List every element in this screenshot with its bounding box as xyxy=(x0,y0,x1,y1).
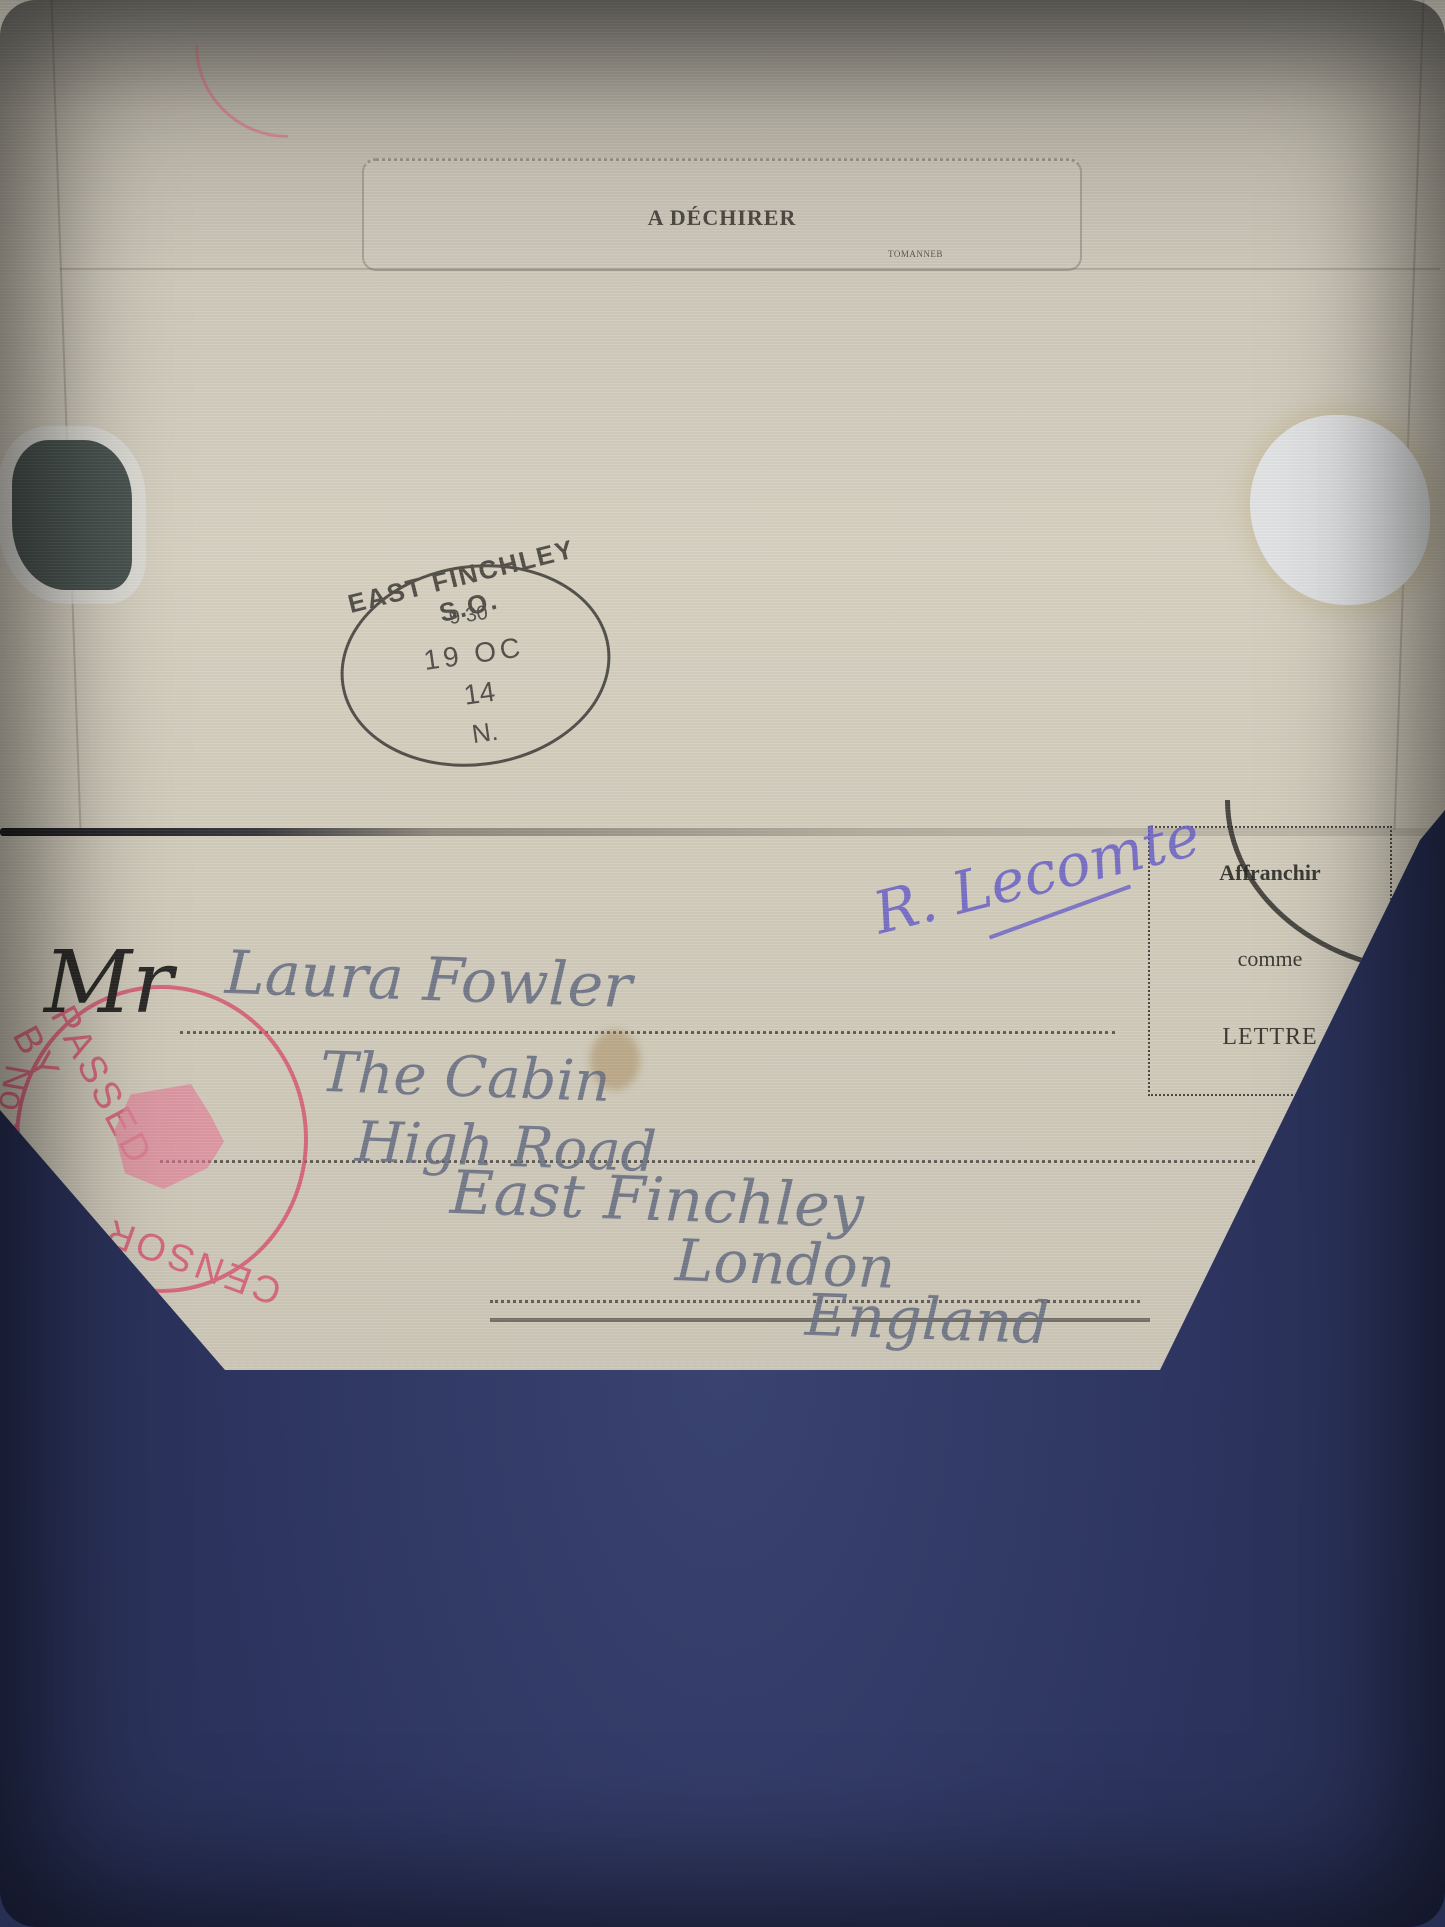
paper-damage-right xyxy=(1250,415,1430,605)
address-solid-line xyxy=(490,1318,1150,1322)
foxing-stain xyxy=(590,1030,640,1090)
postmark-ring-text: EAST FINCHLEY S.O. xyxy=(329,530,601,654)
address-line-city: London xyxy=(674,1231,896,1297)
crown-emblem-icon xyxy=(114,1084,224,1189)
address-line-street: High Road xyxy=(354,1115,657,1181)
address-line-name: Laura Fowler xyxy=(224,943,633,1017)
address-line-district: East Finchley xyxy=(449,1163,865,1237)
horizontal-tear xyxy=(0,828,1445,836)
stamp-box-line-1: Affranchir xyxy=(1150,860,1390,886)
postmark-time: 9 30 xyxy=(336,586,602,646)
address-dotted-line-1 xyxy=(180,1031,1115,1034)
east-finchley-postmark: EAST FINCHLEY S.O. 9 30 19 OC 14 N. xyxy=(327,547,623,784)
paper-damage-left xyxy=(12,440,132,590)
address-line-house: The Cabin xyxy=(319,1045,611,1111)
postmark-district: N. xyxy=(352,699,619,767)
postmark-date: 19 OC xyxy=(340,620,607,689)
partial-red-stamp xyxy=(195,45,288,138)
printer-mark: TOMANNEB xyxy=(888,249,943,259)
officer-signature: R. Lecomte xyxy=(867,801,1207,948)
postmark-year: 14 xyxy=(346,659,613,728)
fold-line-left xyxy=(51,0,82,830)
lettercard-paper: A DÉCHIRER TOMANNEB EAST FINCHLEY S.O. 9… xyxy=(0,0,1445,1380)
address-dotted-line-3 xyxy=(490,1300,1140,1303)
fold-line-right xyxy=(1394,0,1425,830)
fold-line-top xyxy=(60,268,1440,270)
tear-strip-label: A DÉCHIRER xyxy=(364,205,1080,231)
address-dotted-line-2 xyxy=(160,1160,1255,1163)
signature-underline xyxy=(989,884,1131,939)
stamp-box-line-2: comme xyxy=(1150,946,1390,972)
printed-salutation: Mr xyxy=(44,940,173,1026)
address-line-country: England xyxy=(804,1286,1050,1352)
tear-strip-panel: A DÉCHIRER TOMANNEB xyxy=(362,158,1082,271)
